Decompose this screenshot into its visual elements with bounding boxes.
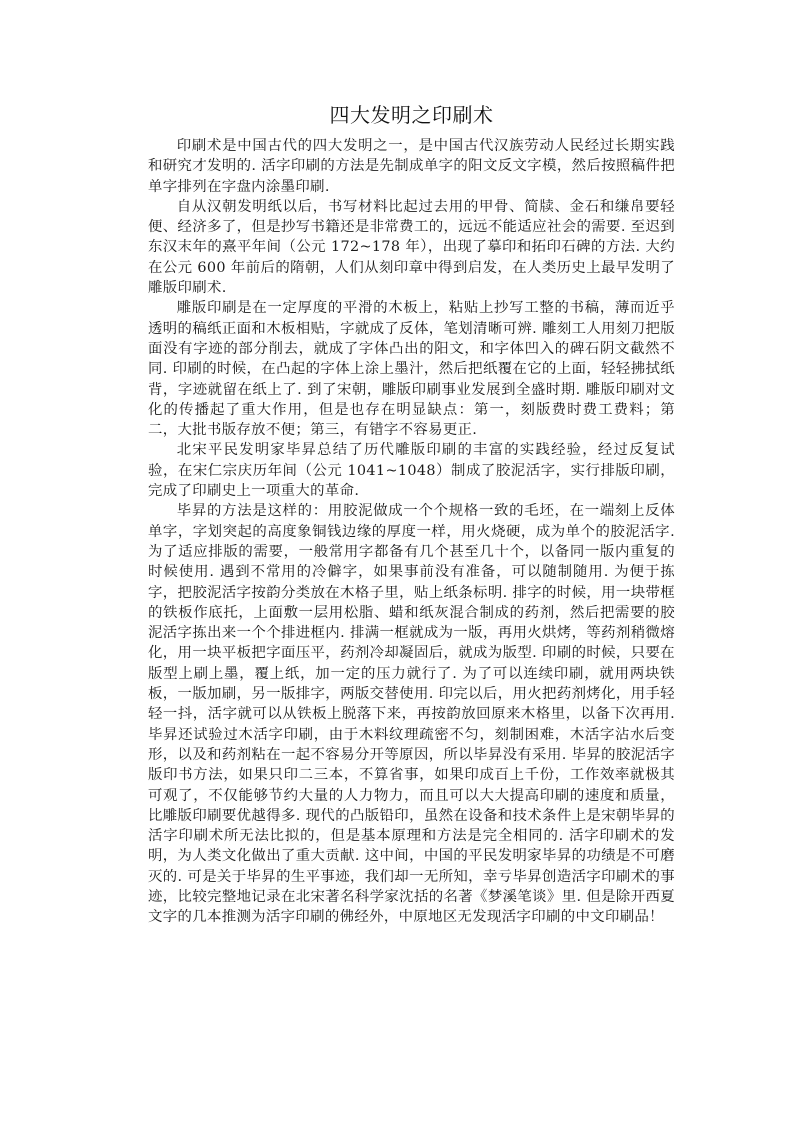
document-title: 四大发明之印刷术 xyxy=(148,100,675,130)
paragraph-bisheng: 北宋平民发明家毕昇总结了历代雕版印刷的丰富的实践经验，经过反复试验，在宋仁宗庆历… xyxy=(148,440,675,501)
paragraph-woodblock: 雕版印刷是在一定厚度的平滑的木板上，粘贴上抄写工整的书稿，薄而近乎透明的稿纸正面… xyxy=(148,298,675,440)
paragraph-intro: 印刷术是中国古代的四大发明之一，是中国古代汉族劳动人民经过长期实践和研究才发明的… xyxy=(148,136,675,197)
paragraph-method: 毕昇的方法是这样的：用胶泥做成一个个规格一致的毛坯，在一端刻上反体单字，字划突起… xyxy=(148,501,675,927)
document-page: 四大发明之印刷术 印刷术是中国古代的四大发明之一，是中国古代汉族劳动人民经过长期… xyxy=(148,100,675,928)
paragraph-history: 自从汉朝发明纸以后，书写材料比起过去用的甲骨、简牍、金石和缣帛要轻便、经济多了，… xyxy=(148,197,675,298)
